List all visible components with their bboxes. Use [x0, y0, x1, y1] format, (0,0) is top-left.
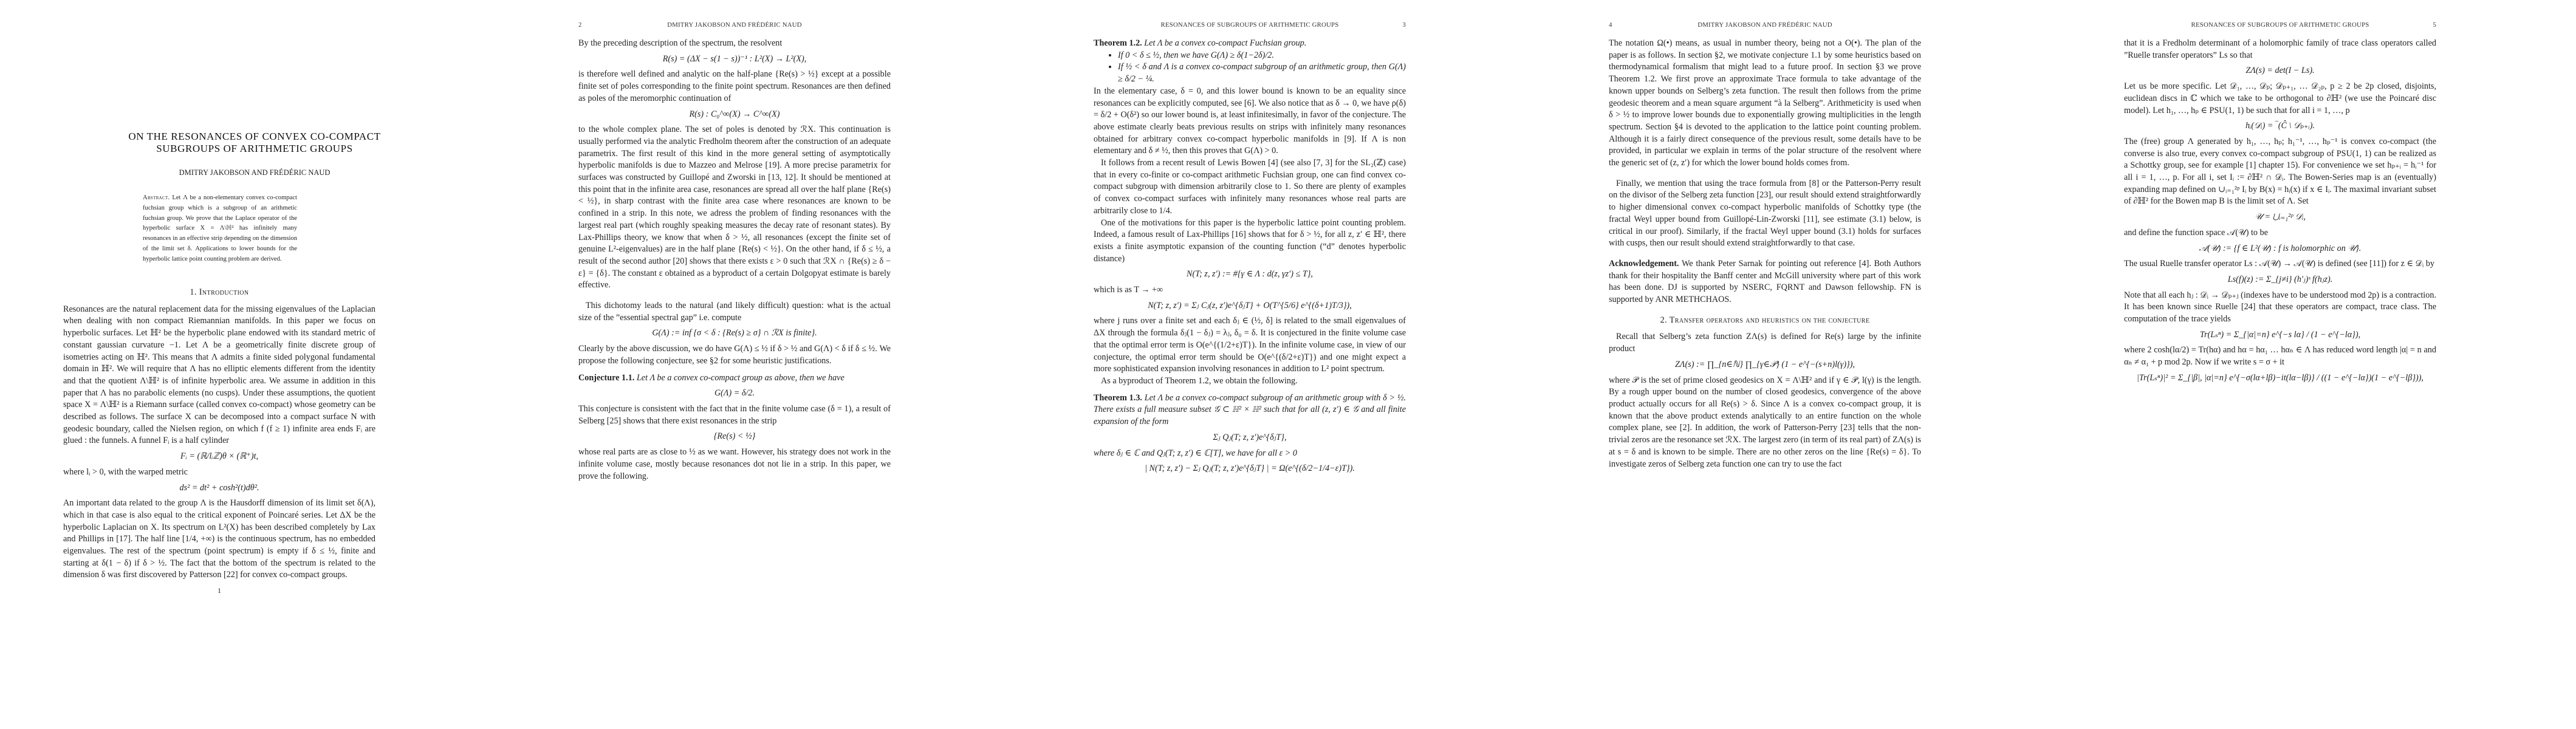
- equation-finite-expansion: Σⱼ Qⱼ(T; z, z′)e^{δⱼT},: [1094, 432, 1406, 444]
- paragraph: Resonances are the natural replacement d…: [63, 304, 375, 447]
- paragraph: where 𝒫 is the set of prime closed geode…: [1609, 375, 1921, 471]
- equation-strip: {Re(s) < ½}: [578, 431, 891, 443]
- page-number: 5: [2433, 21, 2436, 29]
- paper-title-line-2: SUBGROUPS OF ARITHMETIC GROUPS: [98, 143, 411, 155]
- theorem-cases-list: If 0 < δ ≤ ½, then we have G(Λ) ≥ δ(1−2δ…: [1094, 50, 1406, 86]
- paragraph: Finally, we mention that using the trace…: [1609, 178, 1921, 250]
- page-2: 2 DMITRY JAKOBSON AND FRÉDÉRIC NAUD By t…: [515, 0, 1030, 729]
- equation-function-space: 𝒜(𝒰) := {f ∈ L²(𝒰) : f is holomorphic on…: [2124, 243, 2436, 255]
- page-1-body: 1. Introduction Resonances are the natur…: [63, 287, 375, 597]
- page-2-body: By the preceding description of the spec…: [578, 38, 891, 482]
- running-head-title: RESONANCES OF SUBGROUPS OF ARITHMETIC GR…: [2124, 21, 2436, 29]
- paper-title-line-1: ON THE RESONANCES OF CONVEX CO-COMPACT: [98, 131, 411, 143]
- page-5-body: that it is a Fredholm determinant of a h…: [2124, 38, 2436, 388]
- paragraph: is therefore well defined and analytic o…: [578, 69, 891, 104]
- running-head: RESONANCES OF SUBGROUPS OF ARITHMETIC GR…: [1094, 21, 1406, 32]
- paragraph: It follows from a recent result of Lewis…: [1094, 157, 1406, 217]
- equation-spectral-gap: G(Λ) := inf {σ < δ : {Re(s) ≥ σ} ∩ ℛX is…: [578, 327, 891, 340]
- page-4-body: The notation Ω(•) means, as usual in num…: [1609, 38, 1921, 470]
- paragraph: whose real parts are as close to ½ as we…: [578, 447, 891, 482]
- theorem-case: If ½ < δ and Λ is a convex co-compact su…: [1118, 61, 1406, 85]
- running-head: 4 DMITRY JAKOBSON AND FRÉDÉRIC NAUD: [1609, 21, 1921, 32]
- paragraph: where 2 cosh(lα/2) = Tr(hα) and hα = hα₁…: [2124, 344, 2436, 368]
- equation-selberg-zeta: ZΛ(s) := ∏_{n∈ℕ} ∏_{γ∈𝒫} (1 − e^{−(s+n)l…: [1609, 359, 1921, 371]
- abstract-label: Abstract.: [143, 194, 170, 201]
- paragraph: Recall that Selberg’s zeta function ZΛ(s…: [1609, 331, 1921, 355]
- running-head-title: RESONANCES OF SUBGROUPS OF ARITHMETIC GR…: [1094, 21, 1406, 29]
- paper-authors: DMITRY JAKOBSON AND FRÉDÉRIC NAUD: [98, 168, 411, 177]
- running-head: RESONANCES OF SUBGROUPS OF ARITHMETIC GR…: [2124, 21, 2436, 32]
- equation-warped-metric: ds² = dt² + cosh²(t)dθ².: [63, 482, 375, 495]
- abstract: Abstract. Let Λ be a non-elementary conv…: [143, 193, 297, 265]
- paragraph: In the elementary case, δ = 0, and this …: [1094, 86, 1406, 157]
- paragraph: to the whole complex plane. The set of p…: [578, 124, 891, 292]
- theorem-case: If 0 < δ ≤ ½, then we have G(Λ) ≥ δ(1−2δ…: [1118, 50, 1406, 62]
- page-number-footer: 1: [63, 585, 375, 597]
- equation-asymptotic-expansion: N(T; z, z′) = Σⱼ Cⱼ(z, z′)e^{δⱼT} + O(T^…: [1094, 300, 1406, 312]
- paragraph: that it is a Fredholm determinant of a h…: [2124, 38, 2436, 61]
- paragraph: An important data related to the group Λ…: [63, 498, 375, 581]
- paragraph: Clearly by the above discussion, we do h…: [578, 343, 891, 367]
- equation-transfer-operator: Ls(f)(z) := Σ_{j≠i} (h′ⱼ)ˢ f(hⱼz).: [2124, 274, 2436, 286]
- page-3-body: Theorem 1.2. Let Λ be a convex co-compac…: [1094, 38, 1406, 479]
- paragraph: which is as T → +∞: [1094, 284, 1406, 296]
- equation-continuation: R(s) : C₀^∞(X) → C^∞(X): [578, 109, 891, 121]
- running-head-title: DMITRY JAKOBSON AND FRÉDÉRIC NAUD: [1609, 21, 1921, 29]
- equation-fredholm-determinant: ZΛ(s) = det(I − Ls).: [2124, 65, 2436, 77]
- paragraph: where lᵢ > 0, with the warped metric: [63, 467, 375, 479]
- acknowledgement: Acknowledgement. We thank Peter Sarnak f…: [1609, 258, 1921, 306]
- paragraph: Let us be more specific. Let 𝒟₁, …, 𝒟ₚ; …: [2124, 81, 2436, 117]
- theorem-label: Theorem 1.3.: [1094, 393, 1142, 403]
- section-heading-transfer-operators: 2. Transfer operators and heuristics on …: [1609, 315, 1921, 327]
- equation-funnel: Fᵢ = (ℝ/lᵢℤ)θ × (ℝ⁺)t,: [63, 451, 375, 463]
- conjecture-label: Conjecture 1.1.: [578, 373, 634, 383]
- equation-omega-bound: | N(T; z, z′) − Σⱼ Qⱼ(T; z, z′)e^{δⱼT} |…: [1094, 463, 1406, 475]
- conjecture-text: Let Λ be a convex co-compact group as ab…: [637, 373, 844, 383]
- equation-trace-squared: |Tr(Lₛⁿ)|² = Σ_{|β|, |α|=n} e^{−σ(lα+lβ)…: [2124, 372, 2436, 385]
- theorem-1-2: Theorem 1.2. Let Λ be a convex co-compac…: [1094, 38, 1406, 50]
- equation-conjecture: G(Λ) = δ/2.: [578, 388, 891, 400]
- paragraph: By the preceding description of the spec…: [578, 38, 891, 50]
- page-3: RESONANCES OF SUBGROUPS OF ARITHMETIC GR…: [1030, 0, 1546, 729]
- paragraph: This conjecture is consistent with the f…: [578, 403, 891, 427]
- paragraph: The (free) group Λ generated by h₁, …, h…: [2124, 136, 2436, 208]
- conjecture-1-1: Conjecture 1.1. Let Λ be a convex co-com…: [578, 372, 891, 385]
- paragraph: This dichotomy leads to the natural (and…: [578, 300, 891, 324]
- page-number: 3: [1402, 21, 1406, 29]
- theorem-label: Theorem 1.2.: [1094, 38, 1142, 48]
- equation-counting-function: N(T; z, z′) := #{γ ∈ Λ : d(z, γz′) ≤ T},: [1094, 269, 1406, 281]
- section-heading-introduction: 1. Introduction: [63, 287, 375, 299]
- paragraph: where j runs over a finite set and each …: [1094, 315, 1406, 375]
- abstract-text: Let Λ be a non-elementary convex co-comp…: [143, 194, 297, 262]
- page-4: 4 DMITRY JAKOBSON AND FRÉDÉRIC NAUD The …: [1546, 0, 2061, 729]
- running-head-title: DMITRY JAKOBSON AND FRÉDÉRIC NAUD: [578, 21, 891, 29]
- paragraph: The notation Ω(•) means, as usual in num…: [1609, 38, 1921, 169]
- paper-title: ON THE RESONANCES OF CONVEX CO-COMPACT S…: [98, 131, 411, 155]
- equation-resolvent: R(s) = (ΔX − s(1 − s))⁻¹ : L²(X) → L²(X)…: [578, 53, 891, 66]
- paragraph: As a byproduct of Theorem 1.2, we obtain…: [1094, 375, 1406, 388]
- paragraph: and define the function space 𝒜(𝒰) to be: [2124, 227, 2436, 239]
- equation-union-discs: 𝒰 = ⋃ᵢ₌₁²ᵖ 𝒟ᵢ,: [2124, 211, 2436, 224]
- running-head: 2 DMITRY JAKOBSON AND FRÉDÉRIC NAUD: [578, 21, 891, 32]
- page-5: RESONANCES OF SUBGROUPS OF ARITHMETIC GR…: [2061, 0, 2576, 729]
- paragraph: One of the motivations for this paper is…: [1094, 217, 1406, 265]
- equation-trace: Tr(Lₛⁿ) = Σ_{|α|=n} e^{−s lα} / (1 − e^{…: [2124, 329, 2436, 341]
- paragraph: The usual Ruelle transfer operator Ls : …: [2124, 258, 2436, 270]
- equation-disc-map: hᵢ(𝒟ᵢ) = ‾(Ĉ \ 𝒟ₚ₊ᵢ).: [2124, 120, 2436, 132]
- theorem-text: Let Λ be a convex co-compact Fuchsian gr…: [1144, 38, 1306, 48]
- theorem-1-3: Theorem 1.3. Let Λ be a convex co-compac…: [1094, 392, 1406, 428]
- paragraph: Note that all each hⱼ : 𝒟ᵢ → 𝒟ₚ₊ⱼ (index…: [2124, 290, 2436, 326]
- page-1: ON THE RESONANCES OF CONVEX CO-COMPACT S…: [0, 0, 515, 729]
- acknowledgement-label: Acknowledgement.: [1609, 259, 1679, 269]
- theorem-text-continued: where δⱼ ∈ ℂ and Qⱼ(T; z, z′) ∈ ℂ[T], we…: [1094, 448, 1406, 460]
